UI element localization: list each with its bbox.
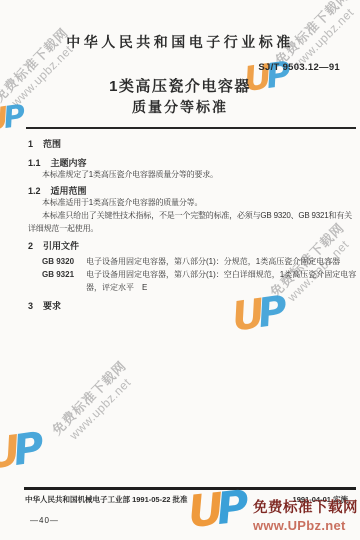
up-logo-icon: UP [186,487,251,533]
section-number: 2 [28,241,33,251]
standard-org-title: 中华人民共和国电子行业标准 [0,32,360,52]
standard-number: SJ/T 9503.12—91 [258,62,340,73]
brand-text-block: 免费标准下载网 www.UPbz.net [253,490,358,533]
watermark-site-name: 免费标准下载网 [31,340,149,458]
section-1-1-body: 本标准规定了1类高压瓷介电容器质量分等的要求。 [42,169,218,180]
approval-statement: 中华人民共和国机械电子工业部 1991-05-22 批准 [25,494,188,505]
section-label: 主题内容 [51,158,87,168]
section-3-heading: 3要求 [28,299,61,312]
up-logo-icon: UP [0,426,47,476]
up-logo-p: P [255,287,290,337]
reference-gb9320: GB 9320电子设备用固定电容器，第八部分(1)：分规范，1类高压瓷介固定电容… [42,256,340,267]
reference-text: 电子设备用固定电容器，第八部分(1)：分规范，1类高压瓷介固定电容器 [86,257,340,266]
section-label: 范围 [43,139,61,149]
section-1-1-heading: 1.1主题内容 [28,156,87,169]
brand-site-url: www.UPbz.net [253,518,358,533]
section-number: 1.2 [28,186,41,196]
section-1-2-body-2-line1: 本标准只给出了关键性技术指标，不是一个完整的标准，必须与GB 9320、GB 9… [42,210,352,221]
section-number: 1.1 [28,158,41,168]
up-logo-p: P [10,422,47,475]
up-logo-icon: UP [229,290,289,337]
header-divider [26,127,356,129]
reference-code: GB 9320 [42,257,86,266]
section-1-heading: 1范围 [28,137,61,150]
page-number: —40— [30,516,59,525]
reference-text: 电子设备用固定电容器，第八部分(1)：空白详细规范，1类高压瓷介固定电容 [86,270,356,279]
up-logo-u: U [0,426,23,479]
section-1-2-body-1: 本标准适用于1类高压瓷介电容器的质量分等。 [42,197,202,208]
download-site-brand: UP 免费标准下载网 www.UPbz.net [188,490,358,533]
document-title-line2: 质量分等标准 [0,97,360,117]
section-2-heading: 2引用文件 [28,239,79,252]
scanned-standard-page: 免费标准下载网 www.upbz.net 免费标准下载网 www.upbz.ne… [0,0,360,540]
reference-code: GB 9321 [42,270,86,279]
section-1-2-heading: 1.2适用范围 [28,184,87,197]
watermark-bottom-left: 免费标准下载网 www.upbz.net [31,340,159,468]
section-label: 引用文件 [43,241,79,251]
up-logo-p: P [214,481,251,535]
up-logo-u: U [229,291,268,341]
section-label: 要求 [43,301,61,311]
document-title-line1: 1类高压瓷介电容器 [0,75,360,96]
brand-site-name: 免费标准下载网 [253,496,358,517]
section-number: 1 [28,139,33,149]
reference-gb9321-continuation: 器，评定水平 E [86,282,147,293]
section-number: 3 [28,301,33,311]
watermark-site-url: www.upbz.net [42,351,159,468]
section-1-2-body-2-line2: 详细规范一起使用。 [28,223,98,234]
reference-gb9321: GB 9321电子设备用固定电容器，第八部分(1)：空白详细规范，1类高压瓷介固… [42,269,356,280]
section-label: 适用范围 [51,186,87,196]
